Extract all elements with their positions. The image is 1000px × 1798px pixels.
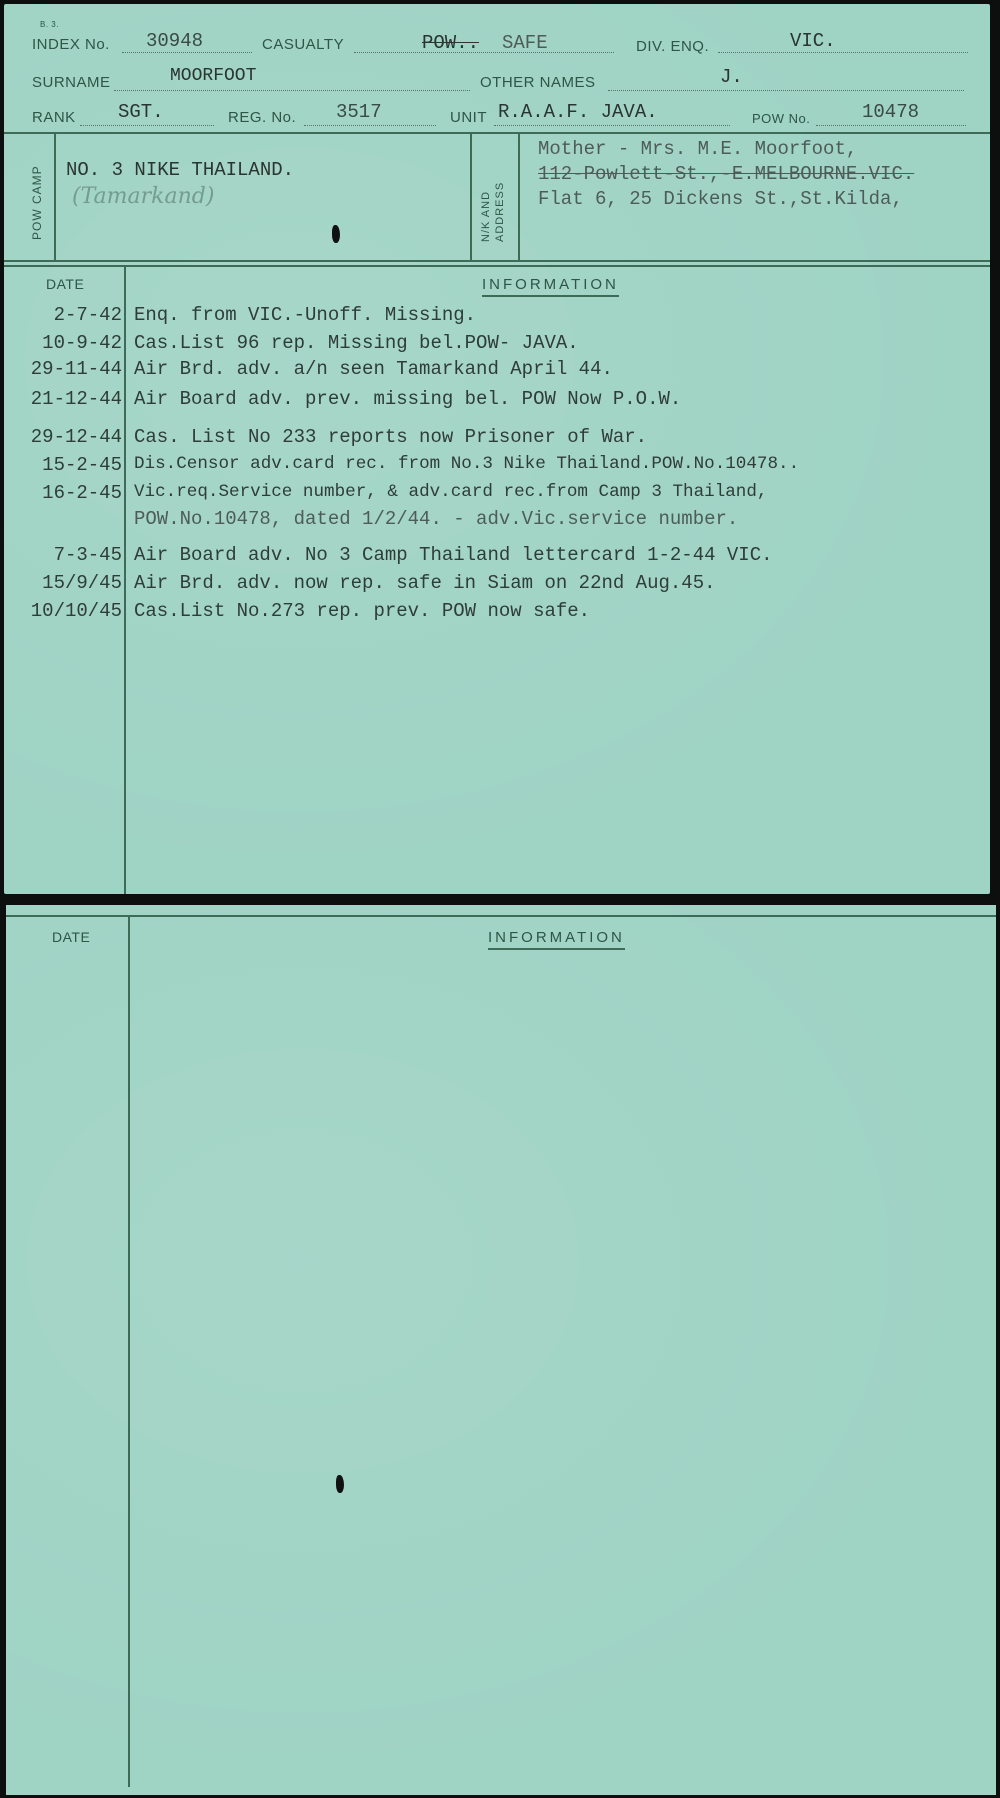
camp-label-divider bbox=[54, 134, 56, 262]
pow-no-value: 10478 bbox=[862, 101, 919, 123]
log-entry-date: 15-2-45 bbox=[4, 454, 122, 476]
log-entry-continuation: POW.No.10478, dated 1/2/44. - adv.Vic.se… bbox=[134, 508, 738, 530]
index-dots bbox=[122, 52, 252, 53]
nk-address-line-3: Flat 6, 25 Dickens St.,St.Kilda, bbox=[538, 188, 903, 210]
div-enq-label: DIV. ENQ. bbox=[636, 38, 709, 55]
nk-label-line1: N/K AND bbox=[480, 191, 492, 242]
information-header: INFORMATION bbox=[482, 276, 619, 297]
other-names-value: J. bbox=[720, 66, 743, 88]
log-entry-date: 10-9-42 bbox=[4, 332, 122, 354]
log-entry-text: Air Brd. adv. now rep. safe in Siam on 2… bbox=[134, 572, 716, 594]
rank-label: RANK bbox=[32, 109, 76, 126]
unit-value: R.A.A.F. JAVA. bbox=[498, 101, 658, 123]
rank-value: SGT. bbox=[118, 101, 164, 123]
back-information-header: INFORMATION bbox=[488, 929, 625, 950]
punch-hole-mark-back bbox=[336, 1475, 344, 1493]
date-column-divider bbox=[124, 266, 126, 894]
index-label: INDEX No. bbox=[32, 36, 110, 53]
reg-no-label: REG. No. bbox=[228, 109, 296, 126]
log-entry-date: 29-12-44 bbox=[4, 426, 122, 448]
form-code: B. 3. bbox=[40, 20, 59, 29]
pow-camp-value: NO. 3 NIKE THAILAND. bbox=[66, 159, 294, 181]
div-enq-value: VIC. bbox=[790, 30, 836, 52]
div-enq-dots bbox=[718, 52, 968, 53]
casualty-struck-value: POW.. bbox=[422, 32, 479, 54]
address-label-divider bbox=[518, 134, 520, 262]
log-entry-date: 10/10/45 bbox=[4, 600, 122, 622]
index-value: 30948 bbox=[146, 30, 203, 52]
punch-hole-mark bbox=[332, 225, 340, 243]
casualty-dots bbox=[354, 52, 614, 53]
pow-camp-label: POW CAMP bbox=[30, 165, 44, 240]
nk-address-line-2: 112-Powlett-St.,-E.MELBOURNE.VIC. bbox=[538, 163, 914, 185]
casualty-value: SAFE bbox=[502, 32, 548, 54]
reg-no-value: 3517 bbox=[336, 101, 382, 123]
log-entry-date: 15/9/45 bbox=[4, 572, 122, 594]
nk-label-line2: ADDRESS bbox=[494, 182, 506, 242]
log-entry-date: 29-11-44 bbox=[4, 358, 122, 380]
casualty-label: CASUALTY bbox=[262, 36, 344, 53]
back-top-rule bbox=[6, 915, 996, 917]
log-entry-text: Cas.List 96 rep. Missing bel.POW- JAVA. bbox=[134, 332, 579, 354]
box-top-rule bbox=[4, 132, 990, 134]
log-entry-text: Air Brd. adv. a/n seen Tamarkand April 4… bbox=[134, 358, 613, 380]
pow-camp-handwritten-note: (Tamarkand) bbox=[72, 184, 214, 209]
box-bottom-rule-2 bbox=[4, 265, 990, 267]
log-entry-text: Air Board adv. No 3 Camp Thailand letter… bbox=[134, 544, 773, 566]
log-entry-text: Cas.List No.273 rep. prev. POW now safe. bbox=[134, 600, 590, 622]
log-entry-text: Cas. List No 233 reports now Prisoner of… bbox=[134, 426, 647, 448]
record-card-back: DATE INFORMATION bbox=[6, 905, 996, 1795]
other-names-dots bbox=[608, 90, 964, 91]
log-entry-text: Air Board adv. prev. missing bel. POW No… bbox=[134, 388, 681, 410]
log-entry-date: 16-2-45 bbox=[4, 482, 122, 504]
pow-no-label: POW No. bbox=[752, 111, 810, 126]
back-date-header: DATE bbox=[52, 929, 90, 945]
log-entry-date: 21-12-44 bbox=[4, 388, 122, 410]
record-card-front: B. 3. INDEX No. 30948 CASUALTY POW.. SAF… bbox=[4, 4, 990, 894]
box-bottom-rule bbox=[4, 260, 990, 262]
log-entry-date: 7-3-45 bbox=[4, 544, 122, 566]
log-entry-date: 2-7-42 bbox=[4, 304, 122, 326]
nk-address-line-1: Mother - Mrs. M.E. Moorfoot, bbox=[538, 138, 857, 160]
log-entry-text: Dis.Censor adv.card rec. from No.3 Nike … bbox=[134, 454, 799, 474]
surname-label: SURNAME bbox=[32, 74, 111, 91]
reg-no-dots bbox=[304, 125, 436, 126]
date-header: DATE bbox=[46, 276, 84, 292]
back-date-column-divider bbox=[128, 917, 130, 1787]
unit-label: UNIT bbox=[450, 109, 487, 126]
log-entry-text: Enq. from VIC.-Unoff. Missing. bbox=[134, 304, 476, 326]
pow-no-dots bbox=[816, 125, 966, 126]
camp-address-divider bbox=[470, 134, 472, 262]
other-names-label: OTHER NAMES bbox=[480, 74, 596, 91]
log-entry-text: Vic.req.Service number, & adv.card rec.f… bbox=[134, 482, 767, 502]
unit-dots bbox=[494, 125, 730, 126]
rank-dots bbox=[80, 125, 214, 126]
surname-value: MOORFOOT bbox=[170, 66, 256, 86]
surname-dots bbox=[114, 90, 470, 91]
